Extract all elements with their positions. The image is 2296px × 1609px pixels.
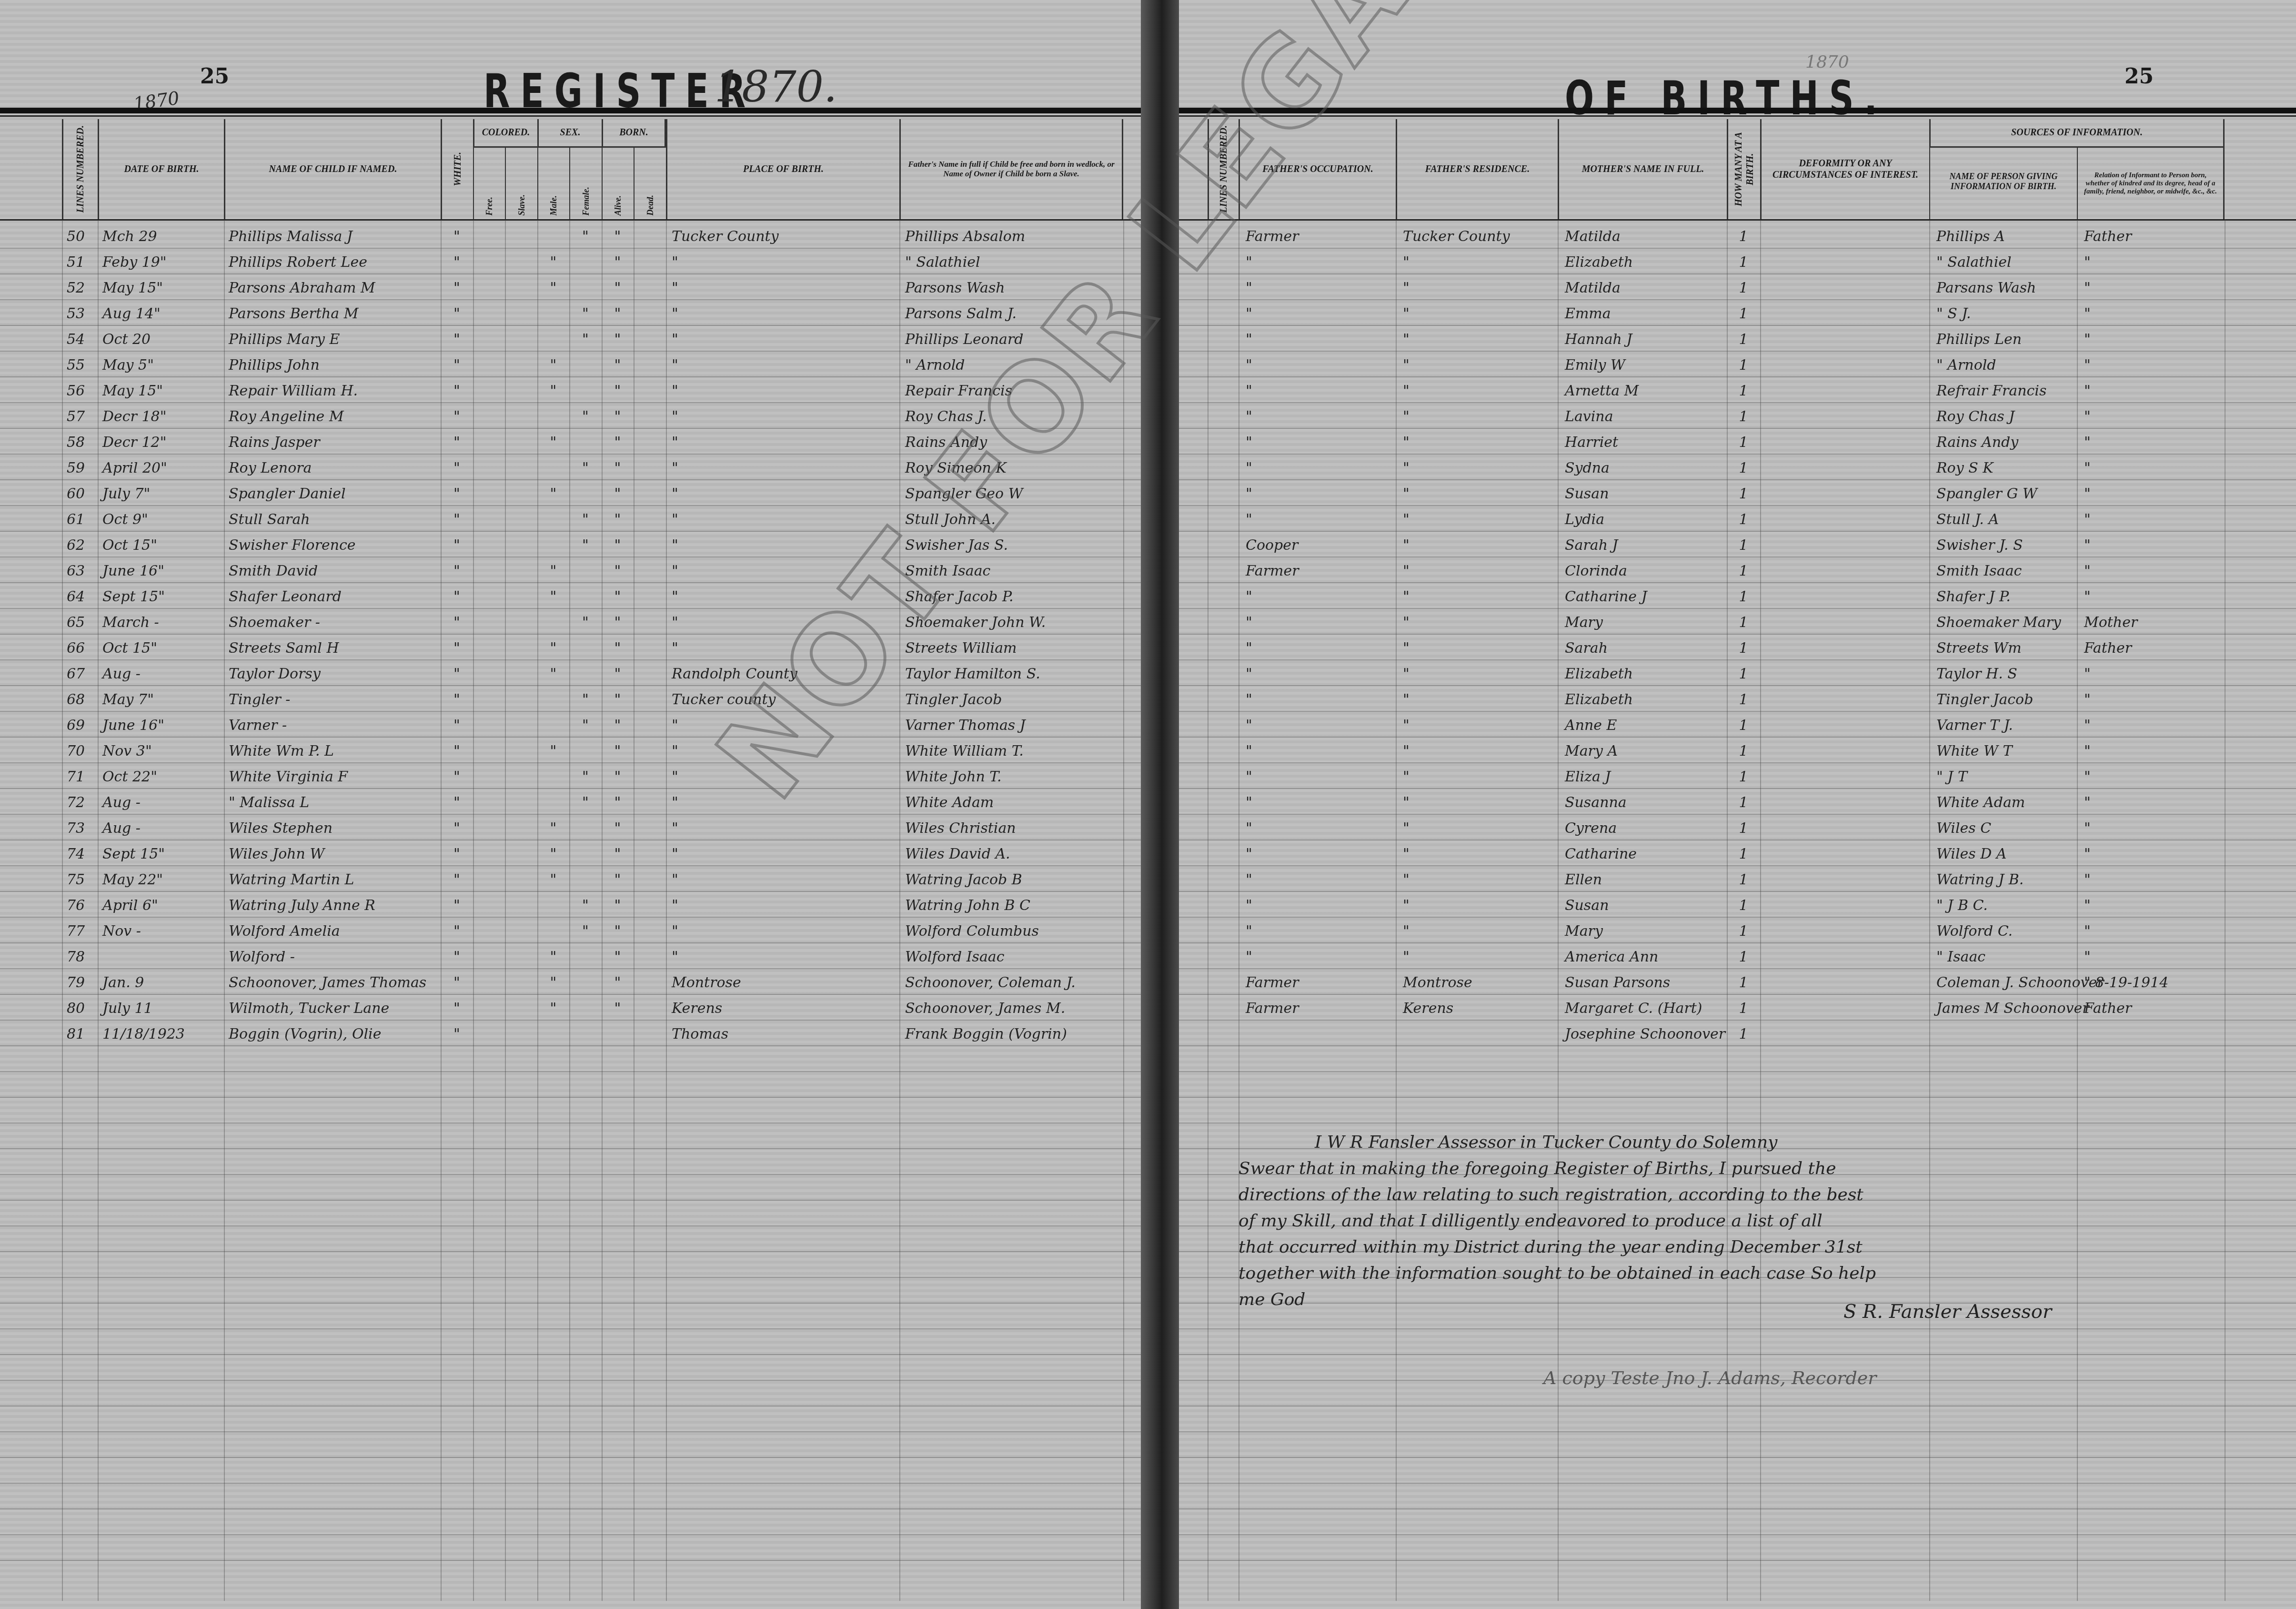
cell-child: Phillips Robert Lee: [229, 250, 438, 275]
cell-count: 1: [1727, 713, 1760, 739]
cell-place: Montrose: [672, 970, 896, 996]
cell-line: 59: [67, 455, 95, 481]
cell-occupation: Farmer: [1246, 558, 1393, 584]
cell-place: ": [672, 893, 896, 919]
cell-alive: ": [602, 584, 634, 610]
cell-relation: Mother: [2084, 610, 2227, 636]
cell-count: 1: [1727, 301, 1760, 327]
cell-male: [537, 455, 569, 481]
cell-count: 1: [1727, 996, 1760, 1022]
cell-count: 1: [1727, 507, 1760, 533]
cell-relation: ": [2084, 867, 2227, 893]
column-rule: [473, 219, 474, 1601]
cell-count: 1: [1727, 636, 1760, 661]
cell-mother: Elizabeth: [1565, 687, 1727, 713]
cell-father: Tingler Jacob: [905, 687, 1124, 713]
cell-count: 1: [1727, 841, 1760, 867]
cell-child: Phillips John: [229, 353, 438, 378]
cell-date: May 7": [102, 687, 222, 713]
row-rule: [0, 1225, 1141, 1226]
cell-alive: ": [602, 558, 634, 584]
column-rule: [1396, 219, 1397, 1601]
cell-mother: Mary A: [1565, 739, 1727, 764]
cell-occupation: ": [1246, 430, 1393, 455]
cell-alive: ": [602, 816, 634, 841]
cell-line: 73: [67, 816, 95, 841]
cell-place: ": [672, 841, 896, 867]
cell-child: Swisher Florence: [229, 533, 438, 558]
cell-relation: ": [2084, 378, 2227, 404]
cell-alive: ": [602, 327, 634, 353]
cell-male: ": [537, 996, 569, 1022]
cell-informant: " S J.: [1936, 301, 2079, 327]
cell-alive: ": [602, 610, 634, 636]
cell-white: ": [441, 893, 473, 919]
cell-count: 1: [1727, 455, 1760, 481]
cell-residence: ": [1403, 481, 1555, 507]
cell-mother: Josephine Schoonover: [1565, 1022, 1727, 1047]
cell-line: 75: [67, 867, 95, 893]
cell-relation: ": [2084, 301, 2227, 327]
cell-count: 1: [1727, 790, 1760, 816]
cell-line: 64: [67, 584, 95, 610]
cell-father: Wolford Isaac: [905, 944, 1124, 970]
cell-occupation: ": [1246, 378, 1393, 404]
cell-male: ": [537, 739, 569, 764]
header-bottom-rule-right: [1179, 219, 2296, 221]
cell-father: Frank Boggin (Vogrin): [905, 1022, 1124, 1047]
cell-father: Wiles David A.: [905, 841, 1124, 867]
oath-line: directions of the law relating to such r…: [1239, 1182, 2191, 1208]
cell-male: ": [537, 250, 569, 275]
cell-place: Thomas: [672, 1022, 896, 1047]
cell-informant: Roy Chas J: [1936, 404, 2079, 430]
cell-occupation: ": [1246, 713, 1393, 739]
column-rule: [899, 219, 900, 1601]
cell-residence: ": [1403, 610, 1555, 636]
row-rule: [1179, 1071, 2296, 1072]
cell-residence: ": [1403, 919, 1555, 944]
cell-relation: ": [2084, 816, 2227, 841]
cell-residence: ": [1403, 250, 1555, 275]
cell-child: Varner -: [229, 713, 438, 739]
cell-white: ": [441, 867, 473, 893]
cell-mother: Mary: [1565, 919, 1727, 944]
cell-count: 1: [1727, 430, 1760, 455]
cell-occupation: ": [1246, 944, 1393, 970]
cell-relation: Father: [2084, 996, 2227, 1022]
cell-residence: ": [1403, 301, 1555, 327]
cell-date: Aug -: [102, 661, 222, 687]
cell-child: Repair William H.: [229, 378, 438, 404]
cell-relation: ": [2084, 687, 2227, 713]
cell-informant: Parsans Wash: [1936, 275, 2079, 301]
births-title: OF BIRTHS.: [1565, 71, 1888, 125]
cell-child: Wolford -: [229, 944, 438, 970]
cell-child: Spangler Daniel: [229, 481, 438, 507]
cell-male: [537, 687, 569, 713]
cell-white: ": [441, 507, 473, 533]
cell-mother: Emily W: [1565, 353, 1727, 378]
cell-female: ": [569, 790, 602, 816]
cell-child: Schoonover, James Thomas: [229, 970, 438, 996]
cell-line: 57: [67, 404, 95, 430]
cell-male: [537, 610, 569, 636]
cell-relation: ": [2084, 790, 2227, 816]
cell-male: ": [537, 970, 569, 996]
cell-male: [537, 301, 569, 327]
cell-line: 66: [67, 636, 95, 661]
cell-relation: ": [2084, 944, 2227, 970]
cell-informant: Phillips Len: [1936, 327, 2079, 353]
cell-female: [569, 378, 602, 404]
cell-informant: White W T: [1936, 739, 2079, 764]
row-rule: [1179, 1354, 2296, 1355]
cell-date: Sept 15": [102, 841, 222, 867]
cell-child: Roy Lenora: [229, 455, 438, 481]
cell-residence: ": [1403, 378, 1555, 404]
cell-informant: White Adam: [1936, 790, 2079, 816]
cell-informant: Smith Isaac: [1936, 558, 2079, 584]
cell-place: ": [672, 327, 896, 353]
cell-relation: ": [2084, 661, 2227, 687]
cell-male: [537, 893, 569, 919]
row-rule: [0, 1354, 1141, 1355]
cell-informant: Wiles D A: [1936, 841, 2079, 867]
cell-mother: Susan: [1565, 481, 1727, 507]
column-rule: [1239, 219, 1239, 1601]
cell-count: 1: [1727, 944, 1760, 970]
header-sex: Sex.: [537, 119, 602, 148]
cell-line: 76: [67, 893, 95, 919]
row-rule: [1179, 1457, 2296, 1458]
cell-child: Wilmoth, Tucker Lane: [229, 996, 438, 1022]
header-deformity: Deformity or any Circumstances of Intere…: [1760, 119, 1929, 219]
cell-white: ": [441, 327, 473, 353]
cell-male: ": [537, 584, 569, 610]
cell-alive: ": [602, 430, 634, 455]
cell-female: ": [569, 455, 602, 481]
cell-father: White William T.: [905, 739, 1124, 764]
cell-line: 71: [67, 764, 95, 790]
cell-mother: Ellen: [1565, 867, 1727, 893]
cell-count: 1: [1727, 739, 1760, 764]
cell-female: [569, 636, 602, 661]
cell-date: 11/18/1923: [102, 1022, 222, 1047]
cell-informant: Rains Andy: [1936, 430, 2079, 455]
cell-line: 79: [67, 970, 95, 996]
cell-mother: Sarah J: [1565, 533, 1727, 558]
row-rule: [0, 1277, 1141, 1278]
page-number-right: 25: [2125, 64, 2154, 89]
cell-alive: ": [602, 404, 634, 430]
row-rule: [0, 1097, 1141, 1098]
cell-white: ": [441, 636, 473, 661]
cell-alive: ": [602, 790, 634, 816]
cell-child: Phillips Malissa J: [229, 224, 438, 250]
cell-male: ": [537, 481, 569, 507]
cell-child: Shafer Leonard: [229, 584, 438, 610]
header-slave: Slave.: [505, 148, 537, 219]
cell-place: ": [672, 944, 896, 970]
cell-residence: ": [1403, 584, 1555, 610]
row-rule: [0, 1174, 1141, 1175]
cell-white: ": [441, 970, 473, 996]
cell-white: ": [441, 919, 473, 944]
cell-child: Parsons Abraham M: [229, 275, 438, 301]
cell-father: White Adam: [905, 790, 1124, 816]
cell-female: ": [569, 687, 602, 713]
cell-occupation: ": [1246, 919, 1393, 944]
cell-date: April 6": [102, 893, 222, 919]
cell-residence: ": [1403, 841, 1555, 867]
cell-count: 1: [1727, 584, 1760, 610]
cell-occupation: ": [1246, 893, 1393, 919]
cell-female: [569, 739, 602, 764]
cell-relation: ": [2084, 327, 2227, 353]
cell-count: 1: [1727, 558, 1760, 584]
cell-alive: ": [602, 893, 634, 919]
cell-occupation: ": [1246, 301, 1393, 327]
cell-relation: ": [2084, 764, 2227, 790]
cell-informant: Stull J. A: [1936, 507, 2079, 533]
cell-date: Jan. 9: [102, 970, 222, 996]
header-lines-numbered: Lines Numbered.: [62, 119, 98, 219]
cell-date: June 16": [102, 558, 222, 584]
cell-white: ": [441, 687, 473, 713]
cell-residence: ": [1403, 790, 1555, 816]
cell-alive: ": [602, 250, 634, 275]
cell-date: May 15": [102, 275, 222, 301]
cell-white: ": [441, 250, 473, 275]
oath-line: I W R Fansler Assessor in Tucker County …: [1239, 1129, 2191, 1155]
cell-white: ": [441, 404, 473, 430]
cell-mother: Elizabeth: [1565, 250, 1727, 275]
cell-place: ": [672, 867, 896, 893]
cell-count: 1: [1727, 893, 1760, 919]
cell-residence: Tucker County: [1403, 224, 1555, 250]
cell-occupation: ": [1246, 353, 1393, 378]
cell-count: 1: [1727, 764, 1760, 790]
header-female: Female.: [569, 148, 602, 219]
register-year: 1870.: [715, 62, 837, 112]
cell-male: ": [537, 430, 569, 455]
row-rule: [0, 1483, 1141, 1484]
cell-date: Oct 9": [102, 507, 222, 533]
cell-line: 58: [67, 430, 95, 455]
cell-informant: Swisher J. S: [1936, 533, 2079, 558]
cell-residence: ": [1403, 533, 1555, 558]
cell-date: [102, 944, 222, 970]
cell-alive: ": [602, 224, 634, 250]
cell-male: ": [537, 944, 569, 970]
cell-count: 1: [1727, 661, 1760, 687]
cell-occupation: ": [1246, 687, 1393, 713]
cell-female: [569, 430, 602, 455]
cell-child: Wiles Stephen: [229, 816, 438, 841]
row-rule: [1179, 1534, 2296, 1535]
cell-date: Oct 22": [102, 764, 222, 790]
cell-white: ": [441, 790, 473, 816]
cell-relation: Father: [2084, 224, 2227, 250]
cell-alive: ": [602, 507, 634, 533]
column-rule: [1558, 219, 1559, 1601]
cell-residence: ": [1403, 636, 1555, 661]
row-rule: [0, 1431, 1141, 1432]
cell-line: 63: [67, 558, 95, 584]
oath-line: Swear that in making the foregoing Regis…: [1239, 1155, 2191, 1182]
cell-date: June 16": [102, 713, 222, 739]
cell-place: ": [672, 275, 896, 301]
cell-occupation: ": [1246, 739, 1393, 764]
cell-line: 69: [67, 713, 95, 739]
cell-white: ": [441, 378, 473, 404]
cell-occupation: ": [1246, 250, 1393, 275]
row-rule: [0, 1508, 1141, 1509]
cell-line: 50: [67, 224, 95, 250]
row-rule: [0, 1251, 1141, 1252]
column-rule: [224, 219, 225, 1601]
header-informant-name: Name of Person Giving Information of Bir…: [1929, 148, 2077, 219]
cell-count: 1: [1727, 404, 1760, 430]
header-fathers-residence: Father's Residence.: [1396, 119, 1558, 219]
cell-mother: Matilda: [1565, 275, 1727, 301]
cell-informant: " Arnold: [1936, 353, 2079, 378]
cell-alive: ": [602, 996, 634, 1022]
cell-male: ": [537, 867, 569, 893]
cell-occupation: Cooper: [1246, 533, 1393, 558]
row-rule: [1179, 1508, 2296, 1509]
column-rule: [98, 219, 99, 1601]
cell-occupation: Farmer: [1246, 970, 1393, 996]
cell-count: 1: [1727, 327, 1760, 353]
cell-residence: ": [1403, 275, 1555, 301]
column-rule: [666, 219, 667, 1601]
cell-occupation: ": [1246, 816, 1393, 841]
cell-father: Watring Jacob B: [905, 867, 1124, 893]
cell-relation: Father: [2084, 636, 2227, 661]
cell-female: [569, 353, 602, 378]
cell-child: Wolford Amelia: [229, 919, 438, 944]
cell-occupation: ": [1246, 610, 1393, 636]
cell-child: " Malissa L: [229, 790, 438, 816]
cell-residence: ": [1403, 404, 1555, 430]
cell-count: 1: [1727, 275, 1760, 301]
cell-residence: ": [1403, 558, 1555, 584]
cell-male: [537, 713, 569, 739]
cell-alive: ": [602, 739, 634, 764]
cell-mother: Susan Parsons: [1565, 970, 1727, 996]
cell-alive: ": [602, 944, 634, 970]
cell-informant: Coleman J. Schoonover: [1936, 970, 2079, 996]
cell-father: Wiles Christian: [905, 816, 1124, 841]
cell-mother: Catharine: [1565, 841, 1727, 867]
header-how-many: How many at a Birth.: [1727, 119, 1760, 219]
cell-count: 1: [1727, 1022, 1760, 1047]
cell-count: 1: [1727, 970, 1760, 996]
row-rule: [1179, 1097, 2296, 1098]
cell-line: 55: [67, 353, 95, 378]
cell-mother: Anne E: [1565, 713, 1727, 739]
cell-female: [569, 481, 602, 507]
column-rule: [1929, 219, 1930, 1601]
cell-line: 74: [67, 841, 95, 867]
cell-alive: ": [602, 713, 634, 739]
cell-informant: " Salathiel: [1936, 250, 2079, 275]
cell-relation: ": [2084, 713, 2227, 739]
cell-alive: ": [602, 636, 634, 661]
cell-white: ": [441, 713, 473, 739]
cell-mother: Harriet: [1565, 430, 1727, 455]
cell-male: [537, 790, 569, 816]
cell-female: [569, 970, 602, 996]
cell-male: [537, 404, 569, 430]
row-rule: [1179, 1483, 2296, 1484]
cell-residence: ": [1403, 893, 1555, 919]
cell-line: 62: [67, 533, 95, 558]
cell-mother: Cyrena: [1565, 816, 1727, 841]
cell-date: Sept 15": [102, 584, 222, 610]
cell-line: 70: [67, 739, 95, 764]
cell-father: Varner Thomas J: [905, 713, 1124, 739]
cell-relation: [2084, 1022, 2227, 1047]
cell-male: ": [537, 636, 569, 661]
cell-place: ": [672, 404, 896, 430]
cell-date: July 7": [102, 481, 222, 507]
assessor-signature: S R. Fansler Assessor: [1843, 1301, 2052, 1323]
cell-line: 67: [67, 661, 95, 687]
cell-white: ": [441, 1022, 473, 1047]
cell-female: ": [569, 224, 602, 250]
cell-place: ": [672, 481, 896, 507]
header-colored: Colored.: [473, 119, 537, 148]
cell-relation: ": [2084, 404, 2227, 430]
row-rule: [0, 1534, 1141, 1535]
cell-female: [569, 558, 602, 584]
cell-residence: ": [1403, 944, 1555, 970]
cell-date: Aug 14": [102, 301, 222, 327]
cell-informant: " Isaac: [1936, 944, 2079, 970]
cell-informant: [1936, 1022, 2079, 1047]
header-fathers-name: Father's Name in full if Child be free a…: [899, 119, 1123, 219]
cell-white: ": [441, 353, 473, 378]
cell-informant: Phillips A: [1936, 224, 2079, 250]
cell-date: Nov -: [102, 919, 222, 944]
cell-male: [537, 919, 569, 944]
cell-count: 1: [1727, 867, 1760, 893]
row-rule: [1179, 1560, 2296, 1561]
oath-line: together with the information sought to …: [1239, 1260, 2191, 1286]
cell-date: Oct 15": [102, 533, 222, 558]
cell-informant: Taylor H. S: [1936, 661, 2079, 687]
cell-female: [569, 661, 602, 687]
cell-father: Schoonover, James M.: [905, 996, 1124, 1022]
cell-occupation: ": [1246, 790, 1393, 816]
header-free: Free.: [473, 148, 505, 219]
cell-child: Watring Martin L: [229, 867, 438, 893]
cell-alive: ": [602, 481, 634, 507]
cell-relation: ": [2084, 250, 2227, 275]
cell-date: Decr 12": [102, 430, 222, 455]
cell-white: ": [441, 816, 473, 841]
cell-mother: America Ann: [1565, 944, 1727, 970]
column-rule: [62, 219, 63, 1601]
cell-residence: Montrose: [1403, 970, 1555, 996]
cell-child: Taylor Dorsy: [229, 661, 438, 687]
cell-alive: ": [602, 867, 634, 893]
cell-relation: ": [2084, 558, 2227, 584]
row-rule: [0, 1406, 1141, 1407]
